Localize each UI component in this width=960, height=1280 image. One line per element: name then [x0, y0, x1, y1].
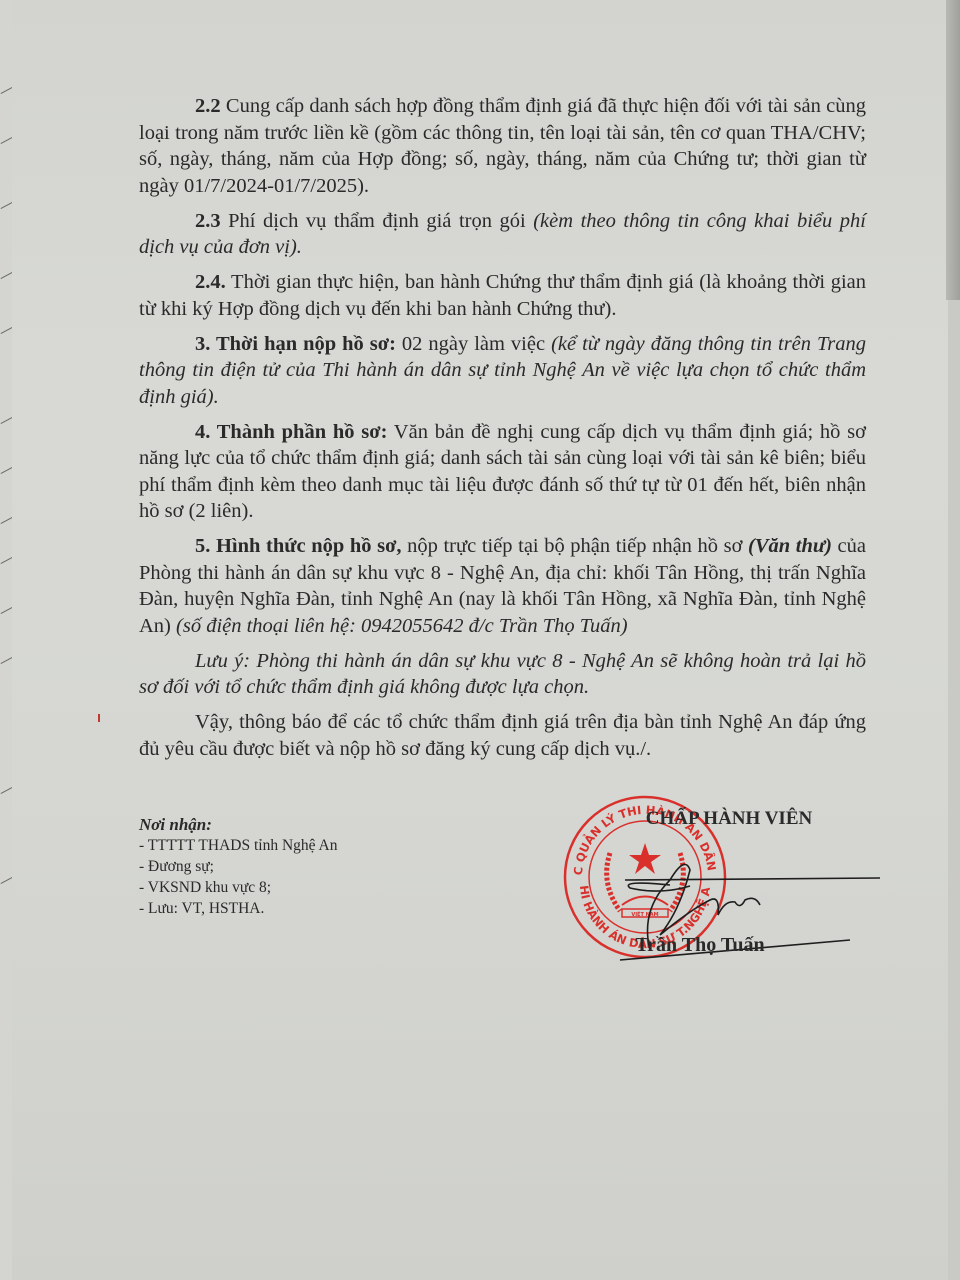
text-run: Vậy, thông báo để các tổ chức thẩm định … — [139, 711, 866, 760]
paragraph-2.2: 2.2 Cung cấp danh sách hợp đồng thẩm địn… — [139, 93, 866, 199]
recipient-item: - TTTTT THADS tỉnh Nghệ An — [139, 835, 337, 856]
text-run: 2.3 — [195, 210, 221, 232]
page-shadow-strip — [946, 0, 960, 300]
text-run: 3. Thời hạn nộp hồ sơ: — [195, 333, 396, 355]
recipient-item: - Lưu: VT, HSTHA. — [139, 898, 337, 919]
signer-role: CHẤP HÀNH VIÊN — [598, 808, 860, 830]
paragraph-closing: Vậy, thông báo để các tổ chức thẩm định … — [139, 709, 866, 762]
paragraph-5: 5. Hình thức nộp hồ sơ, nộp trực tiếp tạ… — [139, 533, 866, 639]
text-run: (Văn thư) — [748, 535, 832, 557]
text-run: 5. Hình thức nộp hồ sơ, — [195, 535, 402, 557]
paragraph-4: 4. Thành phần hồ sơ: Văn bản đề nghị cun… — [139, 419, 866, 525]
text-run: nộp trực tiếp tại bộ phận tiếp nhận hồ s… — [402, 535, 748, 557]
text-run: Phí dịch vụ thẩm định giá trọn gói — [221, 210, 534, 232]
text-run: 2.4. — [195, 271, 226, 293]
text-run: Thời gian thực hiện, ban hành Chứng thư … — [139, 271, 866, 320]
recipients-block: Nơi nhận: - TTTTT THADS tỉnh Nghệ An - Đ… — [139, 814, 337, 919]
signature-block: CHẤP HÀNH VIÊN Trần Thọ Tuấn — [560, 808, 860, 957]
text-run: Cung cấp danh sách hợp đồng thẩm định gi… — [139, 95, 866, 197]
recipient-item: - Đương sự; — [139, 856, 337, 877]
text-run: 02 ngày làm việc — [396, 333, 551, 355]
document-body: 2.2 Cung cấp danh sách hợp đồng thẩm địn… — [139, 93, 866, 771]
paragraph-2.4: 2.4. Thời gian thực hiện, ban hành Chứng… — [139, 269, 866, 322]
paragraph-2.3: 2.3 Phí dịch vụ thẩm định giá trọn gói (… — [139, 208, 866, 261]
paragraph-note: Lưu ý: Phòng thi hành án dân sự khu vực … — [139, 648, 866, 701]
recipients-title: Nơi nhận: — [139, 814, 337, 835]
signer-name: Trần Thọ Tuấn — [540, 934, 860, 957]
paragraph-3: 3. Thời hạn nộp hồ sơ: 02 ngày làm việc … — [139, 331, 866, 411]
recipient-item: - VKSND khu vực 8; — [139, 877, 337, 898]
red-ink-mark — [98, 714, 100, 722]
text-run: (số điện thoại liên hệ: 0942055642 đ/c T… — [176, 615, 628, 637]
text-run: 4. Thành phần hồ sơ: — [195, 421, 387, 443]
text-run: Lưu ý: Phòng thi hành án dân sự khu vực … — [139, 650, 866, 699]
text-run: 2.2 — [195, 95, 221, 117]
